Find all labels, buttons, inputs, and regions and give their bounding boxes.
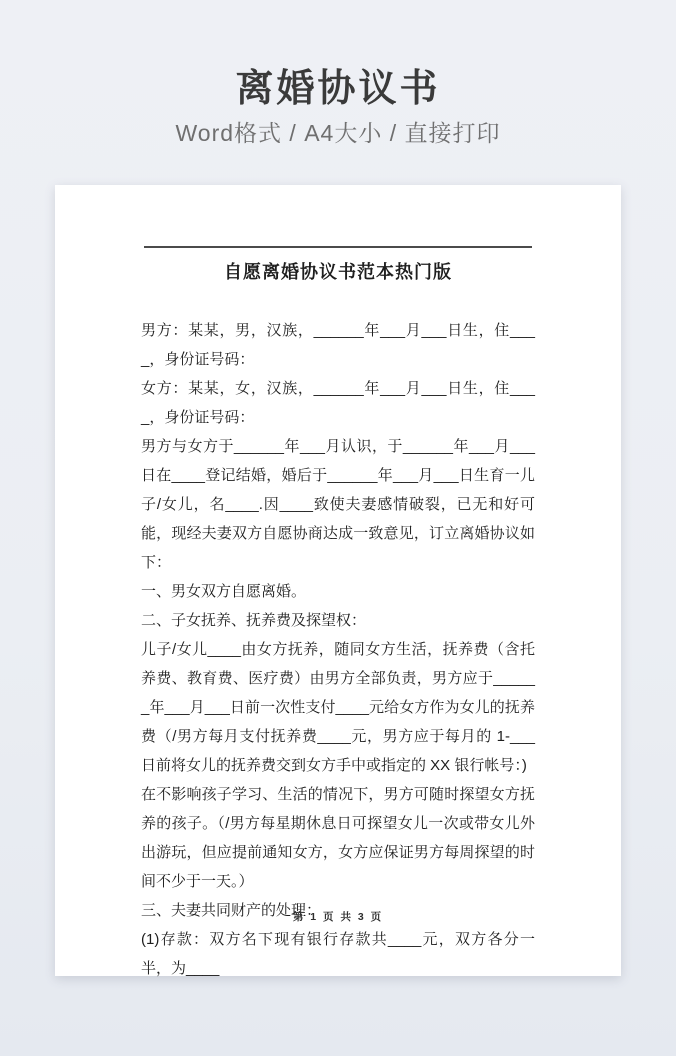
document-body: 男方：某某，男，汉族，______年___月___日生，住____，身份证号码：… [141,316,535,983]
document-paragraph-clause-2-heading: 二、子女抚养、抚养费及探望权： [141,606,535,635]
page-number: 第 1 页 共 3 页 [55,911,621,924]
page-subtitle: Word格式 / A4大小 / 直接打印 [0,122,676,145]
document-paragraph-custody-support: 儿子/女儿____由女方抚养，随同女方生活，抚养费（含托养费、教育费、医疗费）由… [141,635,535,780]
document-paragraph-preamble: 男方与女方于______年___月认识，于______年___月___日在___… [141,432,535,577]
document-paragraph-party-female: 女方：某某，女，汉族，______年___月___日生，住____，身份证号码： [141,374,535,432]
page-background: 离婚协议书 Word格式 / A4大小 / 直接打印 自愿离婚协议书范本热门版 … [0,0,676,1056]
document-preview-sheet: 自愿离婚协议书范本热门版 男方：某某，男，汉族，______年___月___日生… [55,185,621,976]
divider-line [144,246,532,248]
page-title: 离婚协议书 [0,70,676,108]
document-paragraph-party-male: 男方：某某，男，汉族，______年___月___日生，住____，身份证号码： [141,316,535,374]
document-paragraph-deposits: (1)存款：双方名下现有银行存款共____元，双方各分一半，为____ [141,925,535,983]
document-title: 自愿离婚协议书范本热门版 [141,261,535,283]
document-paragraph-clause-1: 一、男女双方自愿离婚。 [141,577,535,606]
document-paragraph-visitation: 在不影响孩子学习、生活的情况下，男方可随时探望女方抚养的孩子。（/男方每星期休息… [141,780,535,896]
header: 离婚协议书 Word格式 / A4大小 / 直接打印 [0,0,676,145]
